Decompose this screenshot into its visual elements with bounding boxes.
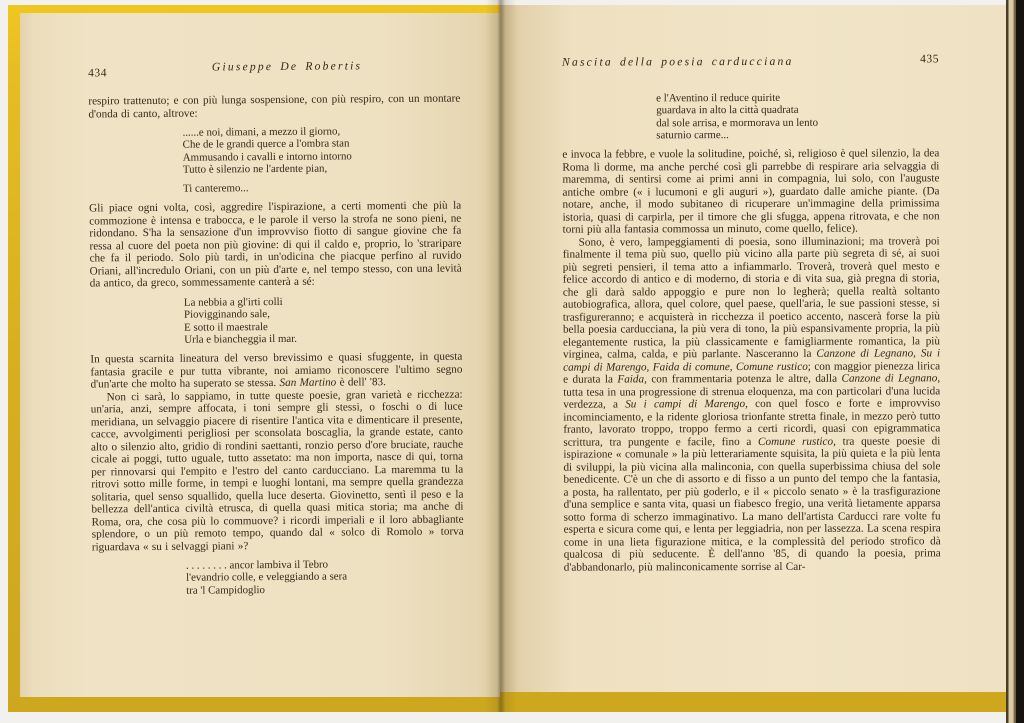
verse-block: e l'Aventino il reduce quiriteguardava i… bbox=[656, 91, 939, 141]
paragraph: respiro trattenuto; e con più lunga sosp… bbox=[88, 93, 460, 121]
verse-line: e l'Aventino il reduce quirite bbox=[656, 91, 939, 104]
italic-text: Comune rustico bbox=[758, 435, 833, 447]
verse-line: Ti canteremo... bbox=[183, 181, 461, 195]
left-page-number: 434 bbox=[88, 66, 107, 79]
paragraph: Non ci sarà, lo sappiamo, in tutte quest… bbox=[91, 388, 464, 553]
body-text: Sono, è vero, lampeggiamenti di poesia, … bbox=[563, 235, 940, 361]
right-running-header: Nascita della poesia carducciana bbox=[562, 55, 794, 69]
right-page-body: e l'Aventino il reduce quiriteguardava i… bbox=[562, 84, 941, 574]
italic-text: San Martino bbox=[279, 377, 336, 389]
verse-line: dal sole arrisa, e mormorava un lento bbox=[656, 116, 939, 129]
scan-right-edge bbox=[1016, 0, 1024, 723]
body-text: , con frammentaria potenza le altre, dal… bbox=[644, 373, 841, 386]
italic-text: Su i campi di Marengo bbox=[625, 398, 745, 410]
verse-line: saturnio carme... bbox=[656, 128, 939, 141]
page-right: Nascita della poesia carducciana 435 e l… bbox=[500, 5, 1008, 692]
verse-line: tra 'l Campidoglio bbox=[186, 582, 464, 596]
verse-line: Urla e biancheggia il mar. bbox=[184, 331, 462, 345]
body-text: e invoca la febbre, e vuole la solitudin… bbox=[562, 148, 939, 236]
italic-text: Canzone di Legnano bbox=[841, 373, 937, 385]
body-text: In questa scarnita lineatura del verso b… bbox=[90, 351, 462, 391]
left-page-header: 434 Giuseppe De Robertis bbox=[88, 59, 460, 76]
paragraph: Sono, è vero, lampeggiamenti di poesia, … bbox=[563, 235, 941, 574]
left-page-body: respiro trattenuto; e con più lunga sosp… bbox=[88, 93, 464, 605]
paragraph: e invoca la febbre, e vuole la solitudin… bbox=[562, 148, 939, 237]
verse-block: Ti canteremo... bbox=[183, 181, 461, 195]
verse-block: . . . . . . . . ancor lambiva il Tebrol'… bbox=[186, 558, 464, 597]
right-page-header: Nascita della poesia carducciana 435 bbox=[562, 54, 939, 69]
body-text: Gli piace ogni volta, così, aggredire l'… bbox=[89, 200, 462, 290]
right-page-number: 435 bbox=[920, 52, 939, 65]
paragraph: Gli piace ogni volta, così, aggredire l'… bbox=[89, 200, 462, 290]
left-running-header: Giuseppe De Robertis bbox=[88, 59, 460, 75]
body-text: è dell' '83. bbox=[336, 376, 386, 388]
book-scan: { "left_page": { "page_number": "434", "… bbox=[0, 0, 1024, 723]
italic-text: Faida bbox=[617, 374, 644, 386]
verse-block: ......e noi, dimani, a mezzo il giorno,C… bbox=[183, 125, 461, 176]
body-text: , tra queste poesie di ispirazione « com… bbox=[563, 435, 940, 573]
verse-block: La nebbia a gl'irti colliPiovigginando s… bbox=[184, 295, 462, 346]
page-left: 434 Giuseppe De Robertis respiro tratten… bbox=[20, 13, 500, 697]
paragraph: In questa scarnita lineatura del verso b… bbox=[90, 351, 462, 391]
verse-line: guardava in alto la città quadrata bbox=[656, 104, 939, 117]
verse-line: Tutto è silenzio ne l'ardente pian, bbox=[183, 161, 461, 175]
body-text: respiro trattenuto; e con più lunga sosp… bbox=[88, 93, 460, 120]
body-text: Non ci sarà, lo sappiamo, in tutte quest… bbox=[91, 388, 464, 553]
page-stack-fore-edge bbox=[1006, 0, 1016, 723]
